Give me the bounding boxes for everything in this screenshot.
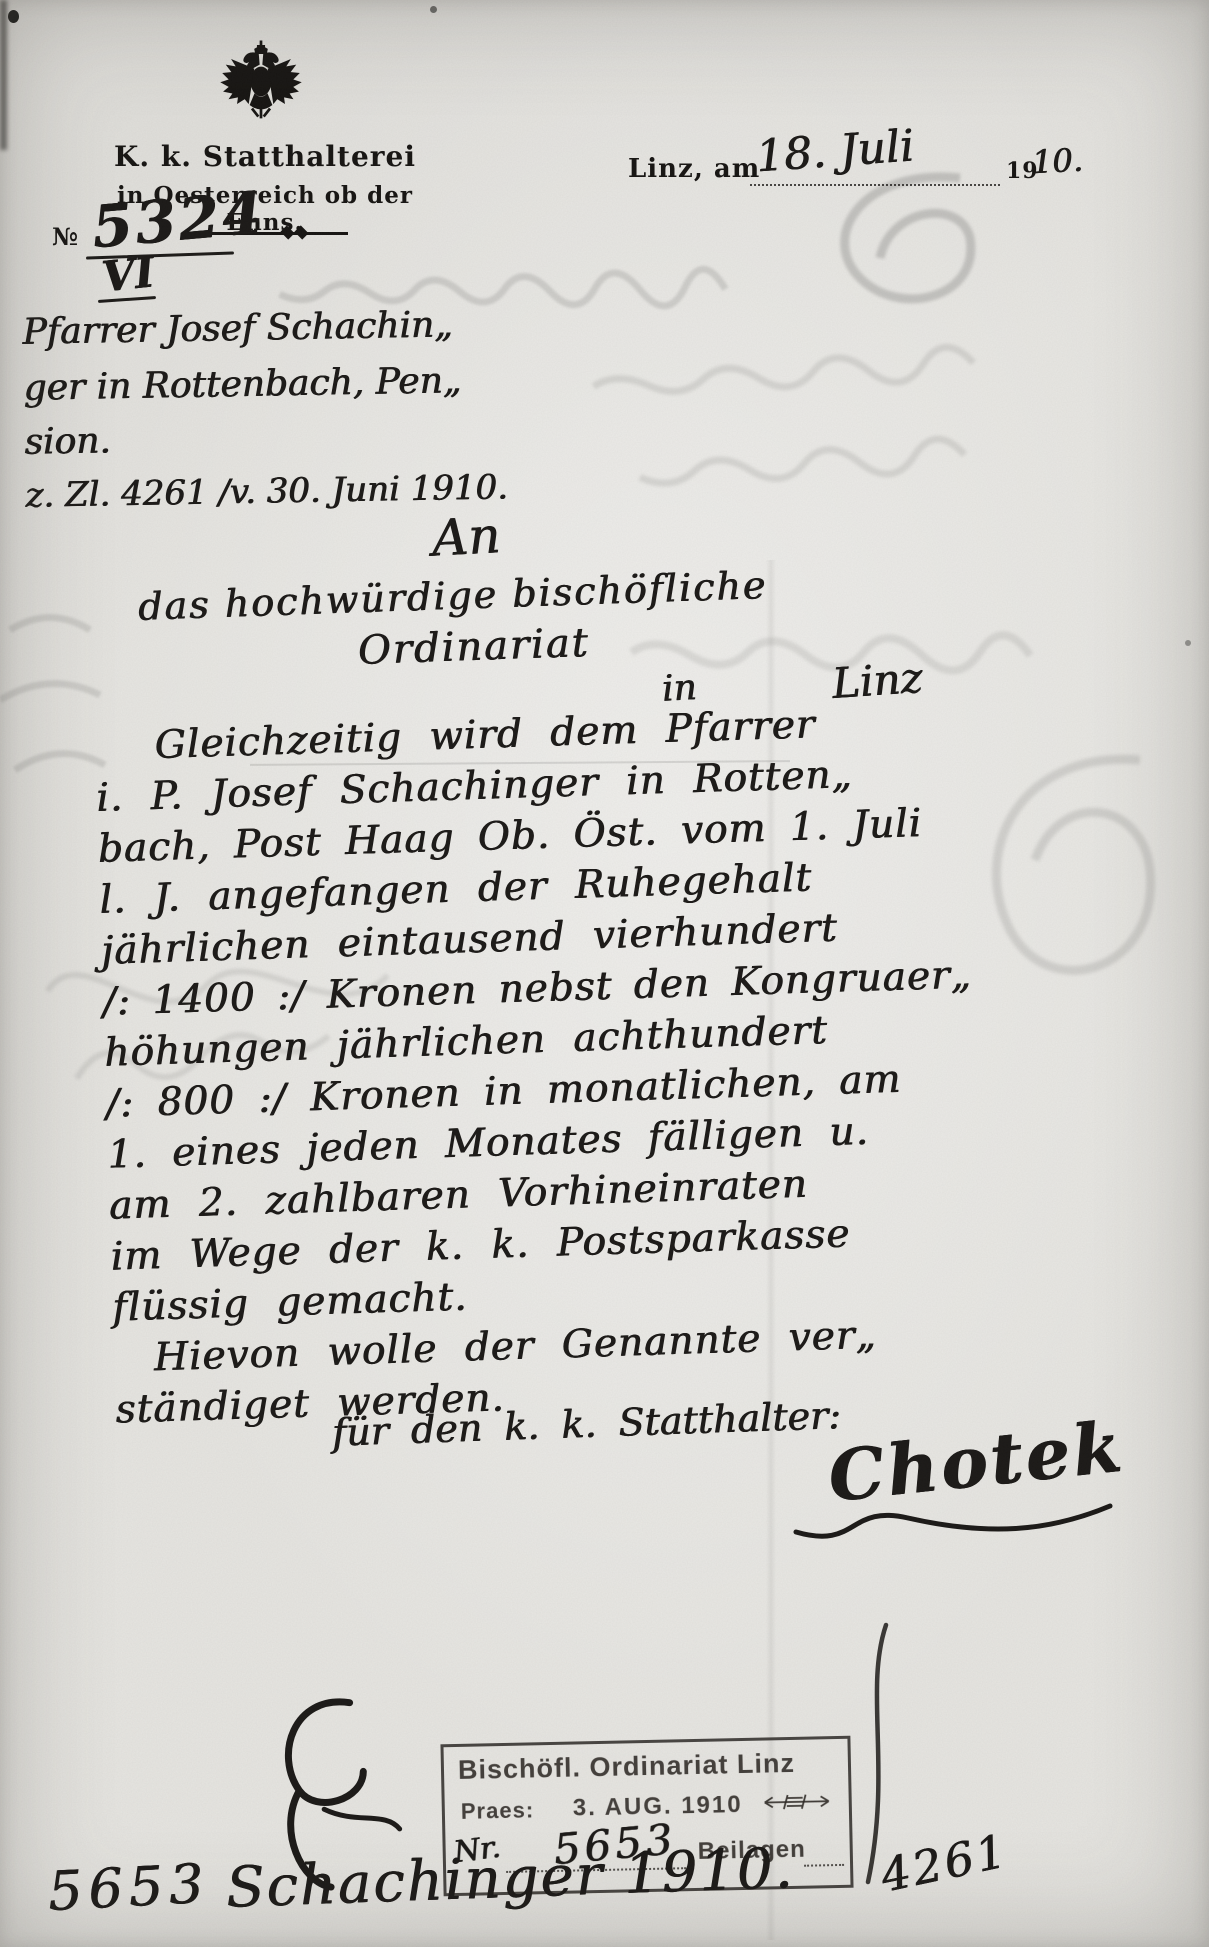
signature-flourish xyxy=(788,1498,1118,1548)
file-number-symbol: № xyxy=(52,222,79,251)
date-dotted-line xyxy=(750,184,1000,186)
letterhead-title: K. k. Statthalterei xyxy=(105,140,425,173)
ink-speck xyxy=(1185,640,1191,646)
body-text: Gleichzeitig wird dem Pfarrer i. P. Jose… xyxy=(94,687,1209,1436)
double-eagle-emblem-icon xyxy=(216,38,306,134)
section-roman-numeral: VI xyxy=(100,247,157,301)
handwritten-year: 10. xyxy=(1031,141,1084,182)
recipient-line: z. Zl. 4261 /v. 30. Juni 1910. xyxy=(25,459,586,523)
date-place-label: Linz, am xyxy=(628,154,760,184)
recipient-note: Pfarrer Josef Schachin„ ger in Rottenbac… xyxy=(22,295,586,523)
ink-speck xyxy=(8,10,19,23)
recipient-line: ger in Rottenbach, Pen„ xyxy=(23,351,584,417)
stamp-beilagen-dotline xyxy=(804,1863,844,1867)
salutation-an: An xyxy=(431,506,502,567)
handwritten-date: 18. Juli xyxy=(754,121,915,183)
address-line-1: das hochwürdige bischöfliche xyxy=(137,563,768,629)
recipient-line: Pfarrer Josef Schachin„ xyxy=(22,295,583,361)
dateline: Linz, am 18. Juli 19 10. xyxy=(628,132,1098,192)
edge-smudge xyxy=(0,0,7,150)
ink-speck xyxy=(430,6,437,13)
stamp-title: Bischöfl. Ordinariat Linz xyxy=(458,1748,796,1786)
bottom-left-number: 5653 xyxy=(46,1852,211,1923)
file-number: 5324 xyxy=(89,179,268,262)
stamp-praes-label: Praes: xyxy=(461,1797,535,1825)
stamp-arrow-icon xyxy=(761,1791,833,1813)
scanned-letter-page: K. k. Statthalterei in Oesterreich ob de… xyxy=(0,0,1209,1947)
address-line-2: Ordinariat xyxy=(357,620,590,674)
